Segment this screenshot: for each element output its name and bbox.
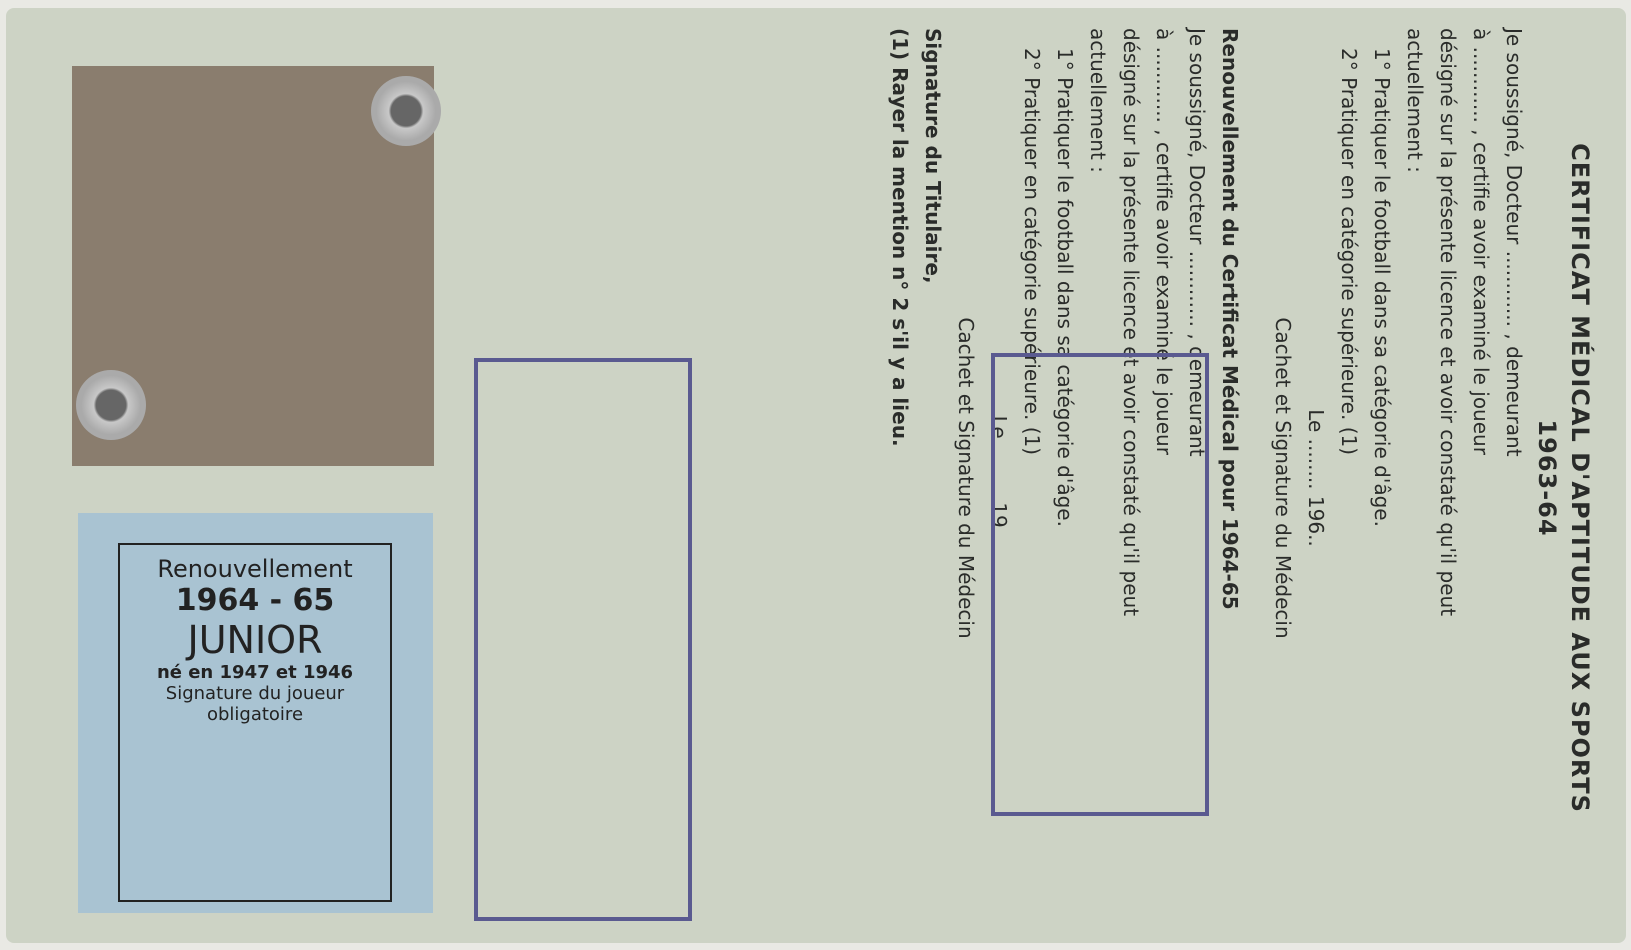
doctor-stamp xyxy=(474,358,692,921)
season: 1963-64 xyxy=(1530,28,1563,928)
stamp-birth: né en 1947 et 1946 xyxy=(120,662,390,683)
eyelet xyxy=(371,76,441,146)
renewal-stamp: Renouvellement 1964 - 65 JUNIOR né en 19… xyxy=(78,513,433,913)
stamp-category: JUNIOR xyxy=(120,618,390,662)
text: à ............ , certifie avoir examiné … xyxy=(1464,28,1497,928)
stamp-mandatory: obligatoire xyxy=(120,704,390,725)
doctor-stamp xyxy=(991,353,1209,816)
date: Le ........ 196.. xyxy=(1299,28,1332,928)
text: 1° Pratiquer le football dans sa catégor… xyxy=(1365,28,1398,928)
license-card: Renouvellement 1964 - 65 JUNIOR né en 19… xyxy=(6,8,1626,943)
certificate-text: CERTIFICAT MÉDICAL D'APTITUDE AUX SPORTS… xyxy=(836,28,1596,928)
certificate-title: CERTIFICAT MÉDICAL D'APTITUDE AUX SPORTS xyxy=(1563,28,1596,928)
text: 2° Pratiquer en catégorie supérieure. (1… xyxy=(1332,28,1365,928)
stamp-year: 1964 - 65 xyxy=(120,583,390,618)
stamp-box: Renouvellement 1964 - 65 JUNIOR né en 19… xyxy=(118,543,392,902)
eyelet xyxy=(76,370,146,440)
sign-label: Cachet et Signature du Médecin xyxy=(949,28,982,928)
renewal-title: Renouvellement du Certificat Médical pou… xyxy=(1213,28,1246,928)
footnote: (1) Rayer la mention n° 2 s'il y a lieu. xyxy=(883,28,916,928)
stamp-l1: Renouvellement xyxy=(120,555,390,583)
text: actuellement : xyxy=(1398,28,1431,928)
holder-signature: Signature du Titulaire, xyxy=(916,28,949,928)
text: désigné sur la présente licence et avoir… xyxy=(1431,28,1464,928)
sign-label: Cachet et Signature du Médecin xyxy=(1266,28,1299,928)
text: Je soussigné, Docteur ............ , dem… xyxy=(1497,28,1530,928)
stamp-sign-label: Signature du joueur xyxy=(120,683,390,704)
